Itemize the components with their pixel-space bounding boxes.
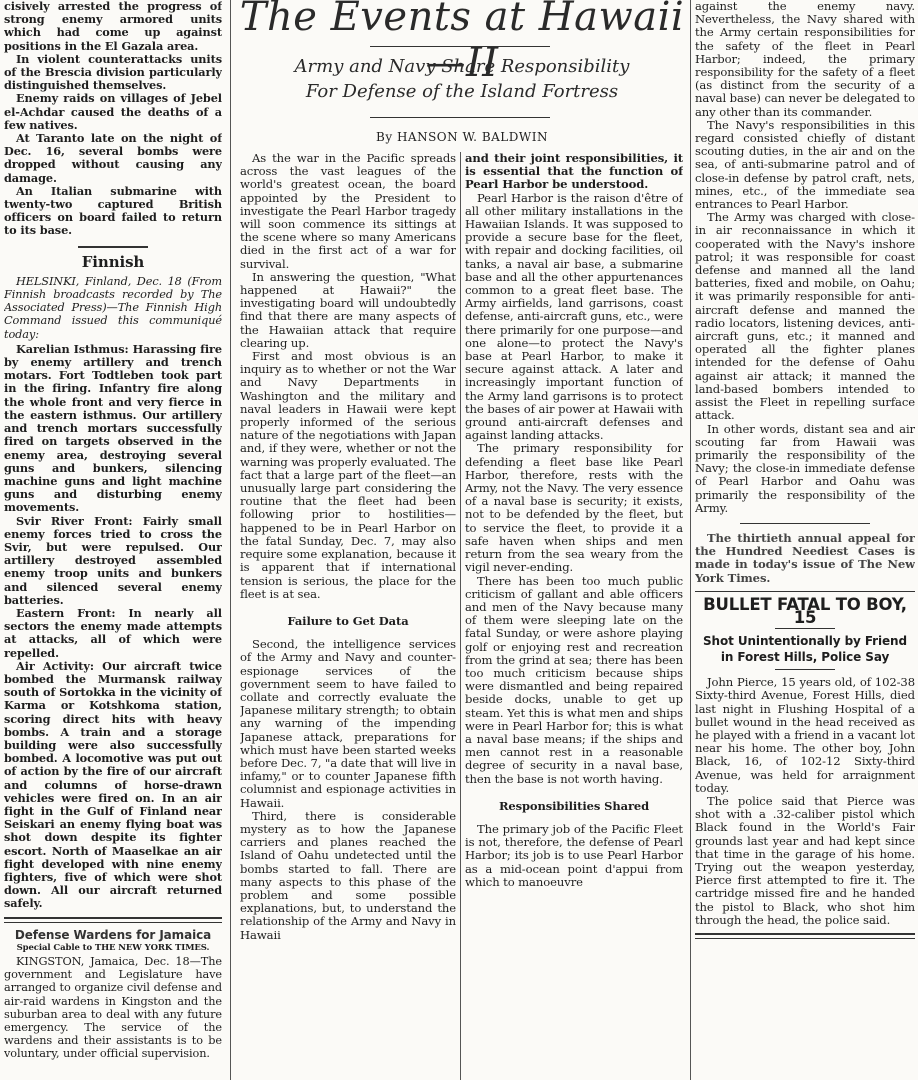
- column-4: against the enemy navy. Nevertheless, th…: [695, 0, 915, 1080]
- subhead-line-1: Army and Navy Share Responsibility: [232, 54, 692, 79]
- paragraph: First and most obvious is an inquiry as …: [240, 350, 456, 601]
- column-3: and their joint responsibilities, it is …: [465, 152, 683, 1080]
- paragraph: The primary responsibility for defending…: [465, 442, 683, 574]
- divider: [370, 117, 550, 118]
- paragraph: As the war in the Pacific spreads across…: [240, 152, 456, 271]
- divider: [78, 246, 148, 248]
- paragraph: In other words, distant sea and air scou…: [695, 423, 915, 515]
- paragraph: At Taranto late on the night of Dec. 16,…: [4, 132, 222, 185]
- section-heading-finnish: Finnish: [4, 256, 222, 269]
- paragraph: The primary job of the Pacific Fleet is …: [465, 823, 683, 889]
- newspaper-page: cisively arrested the progress of strong…: [0, 0, 918, 1080]
- special-cable-credit: Special Cable to THE NEW YORK TIMES.: [4, 942, 222, 955]
- paragraph: In violent counterattacks units of the B…: [4, 53, 222, 93]
- divider: [4, 917, 222, 923]
- byline: By HANSON W. BALDWIN: [232, 130, 692, 144]
- neediest-cases-notice: The thirtieth annual appeal for the Hund…: [695, 532, 915, 585]
- subheading-failure-to-get-data: Failure to Get Data: [240, 615, 456, 628]
- paragraph: Karelian Isthmus: Harassing fire by enem…: [4, 343, 222, 515]
- paragraph: The police said that Pierce was shot wit…: [695, 795, 915, 927]
- bullet-story-headline: BULLET FATAL TO BOY, 15: [695, 598, 915, 624]
- divider: [775, 628, 835, 629]
- subhead-line-2: For Defense of the Island Fortress: [232, 79, 692, 104]
- column-rule: [690, 0, 691, 1080]
- paragraph: An Italian submarine with twenty-two cap…: [4, 185, 222, 238]
- paragraph: cisively arrested the progress of strong…: [4, 0, 222, 53]
- subheading-responsibilities-shared: Responsibilities Shared: [465, 800, 683, 813]
- dateline: HELSINKI, Finland, Dec. 18 (From Finnish…: [4, 275, 222, 341]
- bullet-story-subhead: Shot Unintentionally by Friend in Forest…: [695, 633, 915, 665]
- article-subhead: Army and Navy Share Responsibility For D…: [232, 54, 692, 104]
- paragraph: The Navy's responsibilities in this rega…: [695, 119, 915, 211]
- paragraph: against the enemy navy. Nevertheless, th…: [695, 0, 915, 119]
- paragraph: and their joint responsibilities, it is …: [465, 152, 683, 192]
- paragraph: Enemy raids on villages of Jebel el-Achd…: [4, 92, 222, 132]
- column-rule: [460, 152, 461, 1080]
- paragraph: Second, the intelligence services of the…: [240, 638, 456, 810]
- column-rule: [230, 0, 231, 1080]
- divider: [740, 523, 870, 524]
- paragraph: Svir River Front: Fairly small enemy for…: [4, 515, 222, 607]
- divider: [370, 46, 550, 47]
- paragraph: Air Activity: Our aircraft twice bombed …: [4, 660, 222, 911]
- paragraph: KINGSTON, Jamaica, Dec. 18—The governmen…: [4, 955, 222, 1061]
- jamaica-headline: Defense Wardens for Jamaica: [4, 929, 222, 942]
- column-2: As the war in the Pacific spreads across…: [240, 152, 456, 1080]
- divider: [695, 591, 915, 592]
- paragraph: Pearl Harbor is the raison d'être of all…: [465, 192, 683, 443]
- column-1: cisively arrested the progress of strong…: [4, 0, 222, 1080]
- divider: [775, 669, 835, 670]
- paragraph: Eastern Front: In nearly all sectors the…: [4, 607, 222, 660]
- paragraph: There has been too much public criticism…: [465, 575, 683, 786]
- paragraph: John Pierce, 15 years old, of 102-38 Six…: [695, 676, 915, 795]
- paragraph: Third, there is considerable mystery as …: [240, 810, 456, 942]
- paragraph: In answering the question, "What happene…: [240, 271, 456, 350]
- paragraph: The Army was charged with close-in air r…: [695, 211, 915, 422]
- divider: [695, 933, 915, 939]
